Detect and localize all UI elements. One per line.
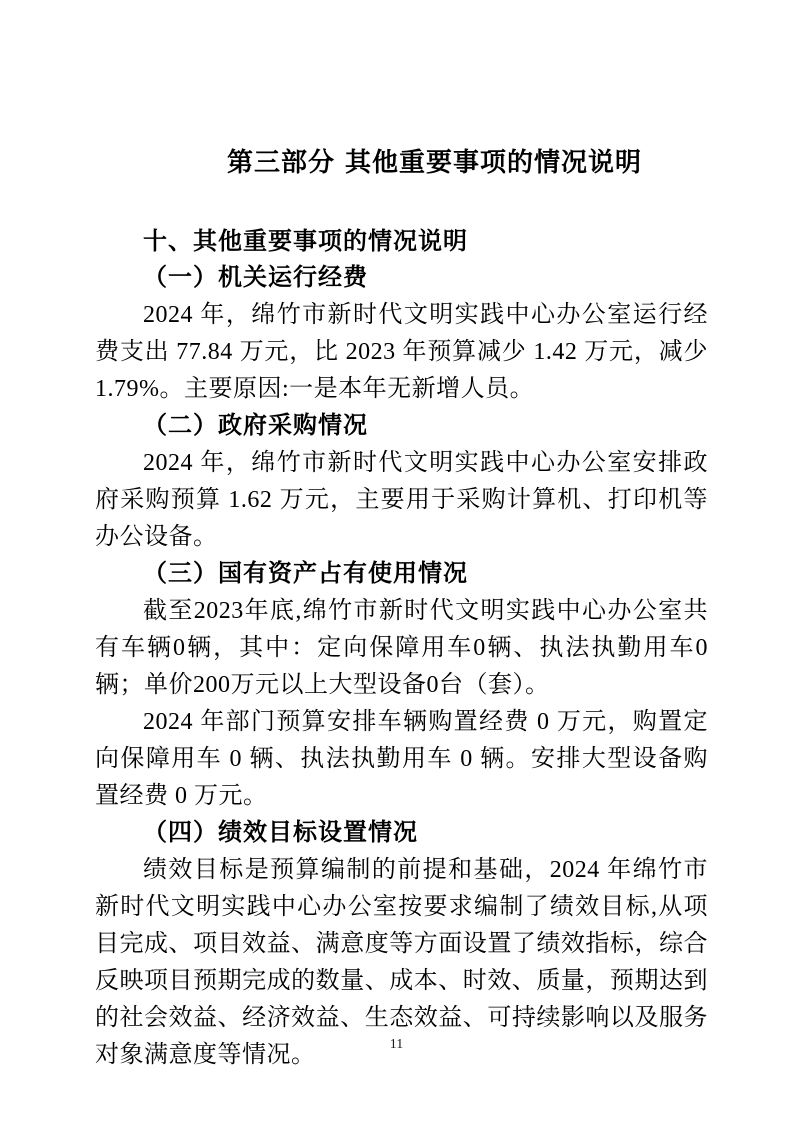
document-page: 第三部分 其他重要事项的情况说明 十、其他重要事项的情况说明 （一）机关运行经费… bbox=[0, 0, 793, 1122]
subsection-heading-1-agency-operating-funds: （一）机关运行经费 bbox=[95, 260, 708, 297]
paragraph-operating-funds: 2024 年，绵竹市新时代文明实践中心办公室运行经费支出 77.84 万元，比 … bbox=[95, 297, 708, 408]
paragraph-state-owned-assets-vehicles: 截至2023年底,绵竹市新时代文明实践中心办公室共有车辆0辆，其中：定向保障用车… bbox=[95, 593, 708, 704]
paragraph-vehicle-purchase-budget: 2024 年部门预算安排车辆购置经费 0 万元，购置定向保障用车 0 辆、执法执… bbox=[95, 704, 708, 815]
document-title: 第三部分 其他重要事项的情况说明 bbox=[128, 146, 741, 180]
paragraph-government-procurement: 2024 年，绵竹市新时代文明实践中心办公室安排政府采购预算 1.62 万元，主… bbox=[95, 445, 708, 556]
section-heading-ten: 十、其他重要事项的情况说明 bbox=[95, 223, 708, 260]
document-content: 第三部分 其他重要事项的情况说明 十、其他重要事项的情况说明 （一）机关运行经费… bbox=[95, 146, 708, 1074]
subsection-heading-3-state-owned-assets: （三）国有资产占有使用情况 bbox=[95, 556, 708, 593]
subsection-heading-2-government-procurement: （二）政府采购情况 bbox=[95, 408, 708, 445]
document-body: 十、其他重要事项的情况说明 （一）机关运行经费 2024 年，绵竹市新时代文明实… bbox=[95, 223, 708, 1074]
page-number: 11 bbox=[0, 1036, 793, 1054]
subsection-heading-4-performance-targets: （四）绩效目标设置情况 bbox=[95, 815, 708, 852]
